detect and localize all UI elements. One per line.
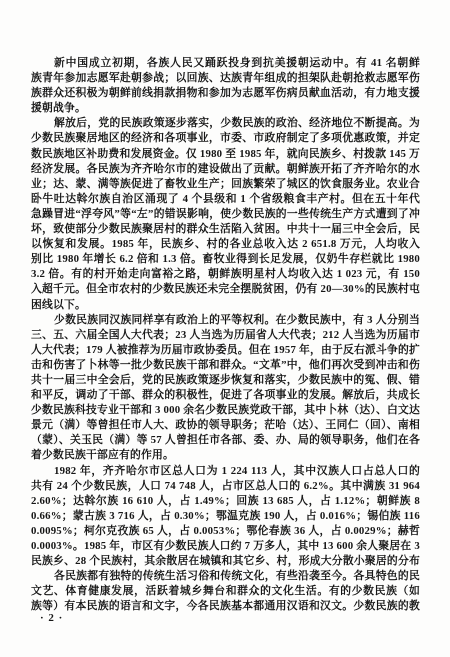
text-line: 族等）有本民族的语言和文字，今各民族基本都通用汉语和汉文。少数民族的教育、卫生 (31, 599, 420, 614)
text-line: 文艺、体育健康发展，活跃着城乡舞台和群众的文化生活。有的少数民族（如满、蒙、朝鲜 (31, 584, 420, 599)
paragraph: 各民族都有独特的传统生活习俗和传统文化，有些沿袭至今。各具特色的民族传统文艺、体… (31, 569, 420, 614)
paragraph: 新中国成立初期，各族人民又踊跃投身到抗美援朝运动中。有 41 名朝鲜族、11 名… (31, 56, 420, 116)
page-text: 新中国成立初期，各族人民又踊跃投身到抗美援朝运动中。有 41 名朝鲜族、11 名… (31, 56, 420, 614)
text-line: 少数民族同汉族同样享有政治上的平等权利。在少数民族中，有 3 人分别当选为第 (31, 313, 420, 328)
text-line: 业；达、蒙、满等族促进了畜牧业生产；回族繁荣了城区的饮食服务业。农业合作化时期， (31, 177, 420, 192)
text-line: 3.2 倍。有的村开始走向富裕之路，朝鲜族明星村人均收入达 1 023 元，有 … (31, 267, 420, 282)
text-line: 困线以下。 (31, 298, 420, 313)
text-line: 2.60%；达斡尔族 16 610 人，占 1.49%；回族 13 685 人，… (31, 494, 420, 509)
text-line: 援朝战争。 (31, 101, 420, 116)
paragraph: 1982 年，齐齐哈尔市区总人口为 1 224 113 人，其中汉族人口占总人口… (31, 464, 420, 570)
text-line: 族群众还积极为朝鲜前线捐款捐物和参加为志愿军伤病员献血活动，有力地支援了抗美 (31, 86, 420, 101)
text-line: 各民族都有独特的传统生活习俗和传统文化，有些沿袭至今。各具特色的民族传统 (31, 569, 420, 584)
text-line: 0.66%；蒙古族 3 716 人，占 0.30%；鄂温克族 190 人，占 0… (31, 509, 420, 524)
text-line: 急躁冒进“浮夸风”等“左”的错误影响，使少数民族的一些传统生产方式遭到了冲击和破 (31, 207, 420, 222)
text-line: 新中国成立初期，各族人民又踊跃投身到抗美援朝运动中。有 41 名朝鲜族、11 名… (31, 56, 420, 71)
text-line: 坏，致使部分少数民族聚居村的群众生活陷入贫困。中共十一届三中全会后，民族经济得 (31, 222, 420, 237)
text-line: 别比 1980 年增长 6.2 倍和 1.3 倍。畜牧业得到长足发展，仅奶牛存栏… (31, 252, 420, 267)
paragraph: 解放后，党的民族政策逐步落实，少数民族的政治、经济地位不断提高。为尽快发展少数民… (31, 116, 420, 312)
text-line: 民族乡、28 个民族村，其余散居在城镇和其它乡、村，形成大分散小聚居的分布格局。 (31, 554, 420, 569)
text-line: 景元（满）等曾担任市人大、政协的领导职务；茫哈（达）、王同仁（回）、南相日（朝）… (31, 418, 420, 433)
page-number: · 2 · (40, 612, 63, 624)
text-line: 入超千元。但全市农村的少数民族还未完全摆脱贫困，仍有 20—30%的民族村屯处于… (31, 282, 420, 297)
text-line: 以恢复和发展。1985 年，民族乡、村的各业总收入达 2 651.8 万元，人均… (31, 237, 420, 252)
text-line: 数民族地区补助费和发展资金。仅 1980 至 1985 年，就向民族乡、村拨款 … (31, 147, 420, 162)
text-line: 族青年参加志愿军赴朝参战；以回族、达族青年组成的担架队赴朝抢救志愿军伤病员；各 (31, 71, 420, 86)
text-line: 解放后，党的民族政策逐步落实，少数民族的政治、经济地位不断提高。为尽快发展 (31, 116, 420, 131)
text-line: 0.0095%；柯尔克孜族 65 人，占 0.0053%；鄂伦春族 36 人，占… (31, 524, 420, 539)
scanned-page: 新中国成立初期，各族人民又踊跃投身到抗美援朝运动中。有 41 名朝鲜族、11 名… (0, 0, 450, 657)
text-line: 共有 24 个少数民族，人口 74 748 人，占市区总人口的 6.2%。其中满… (31, 479, 420, 494)
text-line: 1982 年，齐齐哈尔市区总人口为 1 224 113 人，其中汉族人口占总人口… (31, 464, 420, 479)
text-line: （蒙）、关玉民（满）等 57 人曾担任市各部、委、办、局的领导职务，他们在各自的… (31, 433, 420, 448)
text-line: 经济发展。各民族为齐齐哈尔市的建设做出了贡献。朝鲜族开拓了齐齐哈尔的水稻种植 (31, 162, 420, 177)
text-line: 和平反，调动了干部、群众的积极性，促进了各项事业的发展。解放后，共成长起 900… (31, 388, 420, 403)
text-line: 卧牛吐达斡尔族自治区涌现了 4 个县级和 1 个省级粮食丰产村。但在五十年代末，… (31, 192, 420, 207)
text-line: 共十一届三中全会后，党的民族政策逐步恢复和落实，少数民族中的冤、假、错案得以纠正 (31, 373, 420, 388)
text-line: 三、五、六届全国人大代表；23 人当选为历届省人大代表；212 人当选为历届市人… (31, 328, 420, 343)
text-line: 着少数民族干部应有的作用。 (31, 448, 420, 463)
text-line: 少数民族聚居地区的经济和各项事业，市委、市政府制定了多项优惠政策，并定期发放少 (31, 131, 420, 146)
text-line: 击和伤害了卜林等一批少数民族干部和群众。“文革”中，他们再次受到冲击和伤害。中 (31, 358, 420, 373)
text-line: 少数民族科技专业干部和 3 000 余名少数民族党政干部，其中卜林（达）、白文达… (31, 403, 420, 418)
text-line: 人大代表；179 人被推荐为历届市政协委员。但在 1957 年，由于反右派斗争的… (31, 343, 420, 358)
paragraph: 少数民族同汉族同样享有政治上的平等权利。在少数民族中，有 3 人分别当选为第三、… (31, 313, 420, 464)
text-line: 0.0003%。1985 年，市区有少数民族人口约 7 万多人，其中 13 60… (31, 539, 420, 554)
